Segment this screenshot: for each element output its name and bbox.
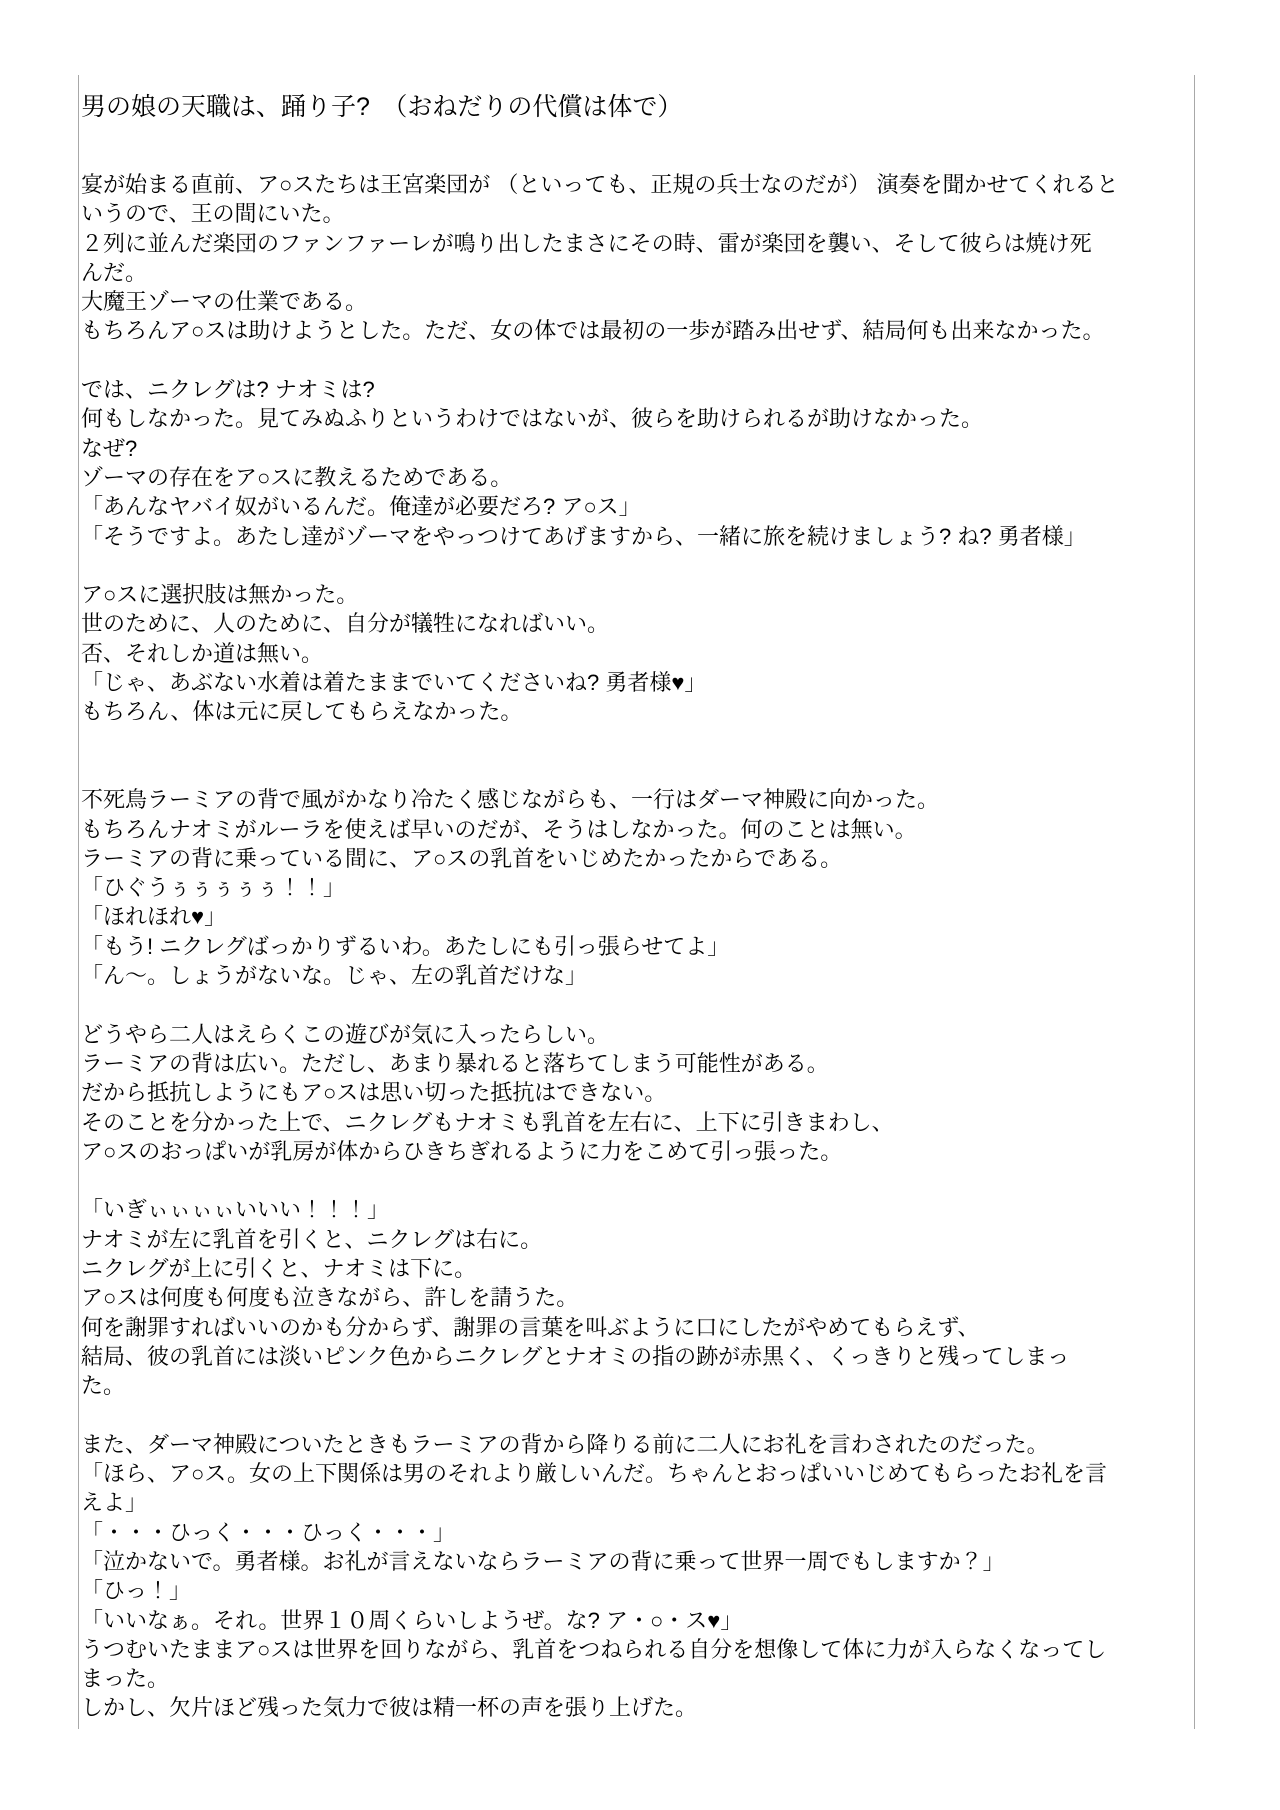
text-line: いうので、王の間にいた。	[81, 199, 1194, 228]
text-line: まった。	[81, 1664, 1194, 1693]
text-line: 否、それしか道は無い。	[81, 639, 1194, 668]
text-line: 「いいなぁ。それ。世界１０周くらいしようぜ。な? ア・○・ス♥」	[81, 1606, 1194, 1635]
page-title: 男の娘の天職は、踊り子? （おねだりの代償は体で）	[81, 89, 1194, 125]
text-line: えよ」	[81, 1488, 1194, 1517]
paragraph: 「いぎぃぃぃぃいいい！！！」ナオミが左に乳首を引くと、ニクレグは右に。ニクレグが…	[81, 1195, 1194, 1400]
paragraph: また、ダーマ神殿についたときもラーミアの背から降りる前に二人にお礼を言わされたの…	[81, 1430, 1194, 1723]
text-line: 不死鳥ラーミアの背で風がかなり冷たく感じながらも、一行はダーマ神殿に向かった。	[81, 785, 1194, 814]
paragraph: では、ニクレグは? ナオミは?何もしなかった。見てみぬふりというわけではないが、…	[81, 375, 1194, 551]
text-line: ２列に並んだ楽団のファンファーレが鳴り出したまさにその時、雷が楽団を襲い、そして…	[81, 229, 1194, 258]
text-line: 「ほら、ア○ス。女の上下関係は男のそれより厳しいんだ。ちゃんとおっぱいいじめても…	[81, 1459, 1194, 1488]
text-line: ア○スのおっぱいが乳房が体からひきちぎれるように力をこめて引っ張った。	[81, 1137, 1194, 1166]
text-line: もちろんナオミがルーラを使えば早いのだが、そうはしなかった。何のことは無い。	[81, 815, 1194, 844]
text-line: 世のために、人のために、自分が犠牲になればいい。	[81, 609, 1194, 638]
text-line: 「じゃ、あぶない水着は着たままでいてくださいね? 勇者様♥」	[81, 668, 1194, 697]
text-line: ア○スは何度も何度も泣きながら、許しを請うた。	[81, 1283, 1194, 1312]
text-line: 「ん～。しょうがないな。じゃ、左の乳首だけな」	[81, 961, 1194, 990]
text-line: た。	[81, 1371, 1194, 1400]
text-line: どうやら二人はえらくこの遊びが気に入ったらしい。	[81, 1020, 1194, 1049]
document-body: 男の娘の天職は、踊り子? （おねだりの代償は体で） 宴が始まる直前、ア○スたちは…	[78, 75, 1195, 1729]
paragraphs-container: 宴が始まる直前、ア○スたちは王宮楽団が （といっても、正規の兵士なのだが） 演奏…	[81, 170, 1194, 1723]
paragraph: ア○スに選択肢は無かった。世のために、人のために、自分が犠牲になればいい。否、そ…	[81, 580, 1194, 726]
text-line: なぜ?	[81, 434, 1194, 463]
text-line: うつむいたままア○スは世界を回りながら、乳首をつねられる自分を想像して体に力が入…	[81, 1635, 1194, 1664]
text-line: では、ニクレグは? ナオミは?	[81, 375, 1194, 404]
text-line: 「ひぐうぅぅぅぅぅ！！」	[81, 873, 1194, 902]
text-line: 「ひっ！」	[81, 1576, 1194, 1605]
text-line: んだ。	[81, 258, 1194, 287]
text-line: 「そうですよ。あたし達がゾーマをやっつけてあげますから、一緒に旅を続けましょう?…	[81, 522, 1194, 551]
text-line: 何もしなかった。見てみぬふりというわけではないが、彼らを助けられるが助けなかった…	[81, 404, 1194, 433]
text-line: 大魔王ゾーマの仕業である。	[81, 287, 1194, 316]
text-line: ニクレグが上に引くと、ナオミは下に。	[81, 1254, 1194, 1283]
text-line: ゾーマの存在をア○スに教えるためである。	[81, 463, 1194, 492]
text-line: ア○スに選択肢は無かった。	[81, 580, 1194, 609]
text-line: ラーミアの背に乗っている間に、ア○スの乳首をいじめたかったからである。	[81, 844, 1194, 873]
paragraph: どうやら二人はえらくこの遊びが気に入ったらしい。ラーミアの背は広い。ただし、あま…	[81, 1020, 1194, 1166]
text-line: 「いぎぃぃぃぃいいい！！！」	[81, 1195, 1194, 1224]
text-line: 結局、彼の乳首には淡いピンク色からニクレグとナオミの指の跡が赤黒く、くっきりと残…	[81, 1342, 1194, 1371]
text-line: ラーミアの背は広い。ただし、あまり暴れると落ちてしまう可能性がある。	[81, 1049, 1194, 1078]
text-line: 「もう! ニクレグばっかりずるいわ。あたしにも引っ張らせてよ」	[81, 932, 1194, 961]
text-line: 宴が始まる直前、ア○スたちは王宮楽団が （といっても、正規の兵士なのだが） 演奏…	[81, 170, 1194, 199]
text-line: ナオミが左に乳首を引くと、ニクレグは右に。	[81, 1225, 1194, 1254]
text-line: 「・・・ひっく・・・ひっく・・・」	[81, 1518, 1194, 1547]
text-line: しかし、欠片ほど残った気力で彼は精一杯の声を張り上げた。	[81, 1693, 1194, 1722]
text-line: 何を謝罪すればいいのかも分からず、謝罪の言葉を叫ぶように口にしたがやめてもらえず…	[81, 1313, 1194, 1342]
text-line: もちろんア○スは助けようとした。ただ、女の体では最初の一歩が踏み出せず、結局何も…	[81, 316, 1194, 345]
paragraph: 不死鳥ラーミアの背で風がかなり冷たく感じながらも、一行はダーマ神殿に向かった。も…	[81, 785, 1194, 990]
text-line: だから抵抗しようにもア○スは思い切った抵抗はできない。	[81, 1078, 1194, 1107]
text-line: もちろん、体は元に戻してもらえなかった。	[81, 697, 1194, 726]
text-line: 「泣かないで。勇者様。お礼が言えないならラーミアの背に乗って世界一周でもしますか…	[81, 1547, 1194, 1576]
paragraph: 宴が始まる直前、ア○スたちは王宮楽団が （といっても、正規の兵士なのだが） 演奏…	[81, 170, 1194, 346]
text-line: また、ダーマ神殿についたときもラーミアの背から降りる前に二人にお礼を言わされたの…	[81, 1430, 1194, 1459]
text-line: そのことを分かった上で、ニクレグもナオミも乳首を左右に、上下に引きまわし、	[81, 1108, 1194, 1137]
text-line: 「あんなヤバイ奴がいるんだ。俺達が必要だろ? ア○ス」	[81, 492, 1194, 521]
text-line: 「ほれほれ♥」	[81, 902, 1194, 931]
